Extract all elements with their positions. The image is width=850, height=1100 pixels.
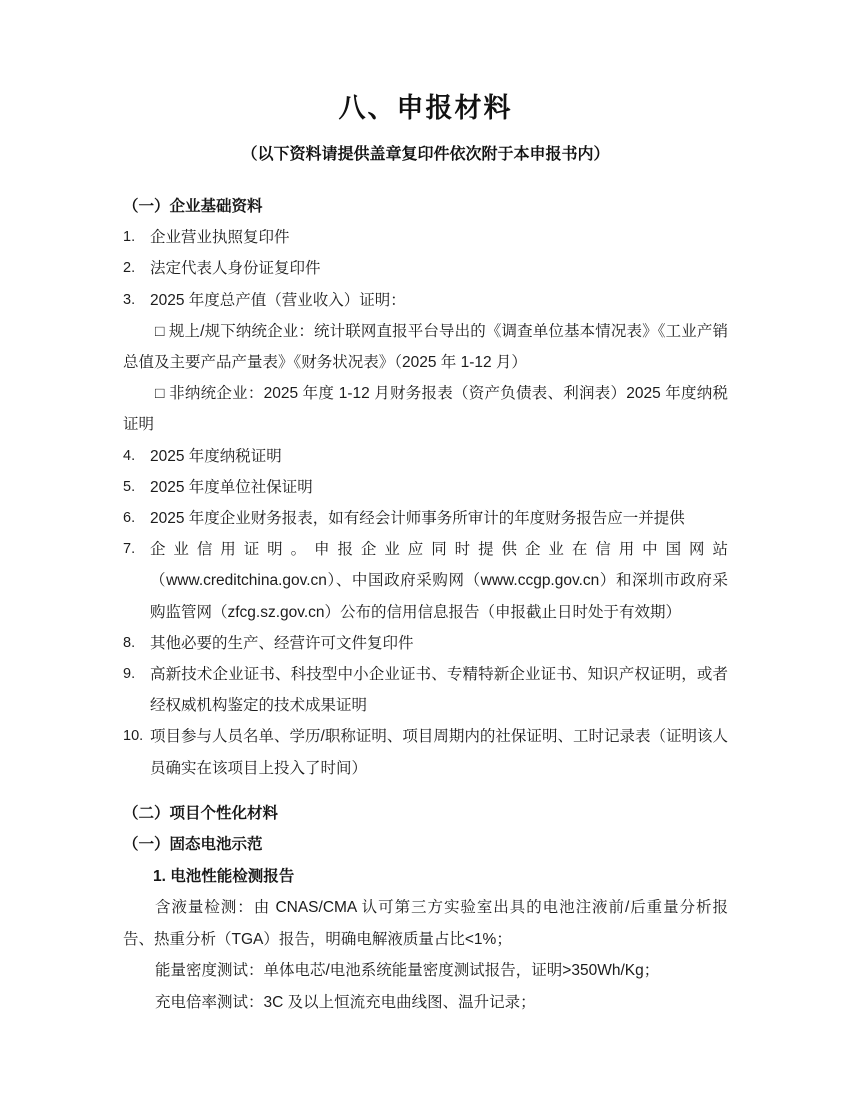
list-item: 6. 2025 年度企业财务报表，如有经会计师事务所审计的年度财务报告应一并提供 [123,503,728,534]
list-item-number: 5. [123,472,135,503]
list-item-text: 2025 年度纳税证明 [150,448,282,465]
list-item-text: 企业营业执照复印件 [150,229,290,246]
list-item: 5. 2025 年度单位社保证明 [123,472,728,503]
list-item-number: 4. [123,441,135,472]
list-item-text: 2025 年度单位社保证明 [150,479,313,496]
checkbox-option-nats: □ 规上/规下纳统企业：统计联网直报平台导出的《调查单位基本情况表》《工业产销总… [123,316,728,378]
page-subtitle: （以下资料请提供盖章复印件依次附于本申报书内） [123,139,728,171]
list-item-number: 3. [123,285,135,316]
list-item-number: 6. [123,503,135,534]
list-item: 2. 法定代表人身份证复印件 [123,253,728,284]
list-item: 4. 2025 年度纳税证明 [123,441,728,472]
list-item-number: 10. [123,721,143,752]
list-item: 10. 项目参与人员名单、学历/职称证明、项目周期内的社保证明、工时记录表（证明… [123,721,728,783]
checkbox-option-non-nats: □ 非纳统企业：2025 年度 1-12 月财务报表（资产负债表、利润表）202… [123,378,728,440]
list-item-number: 9. [123,659,135,690]
list-item-text: 法定代表人身份证复印件 [150,260,321,277]
list-item-number: 8. [123,628,135,659]
list-item-text: 2025 年度企业财务报表，如有经会计师事务所审计的年度财务报告应一并提供 [150,510,685,527]
list-item-text: 企业信用证明。申报企业应同时提供企业在信用中国网站（www.creditchin… [150,541,728,620]
list-item-number: 1. [123,222,135,253]
list-item-text: 2025 年度总产值（营业收入）证明： [150,292,406,309]
list-item-number: 7. [123,534,135,565]
section2-subheading: （一）固态电池示范 [123,829,728,861]
section2: （二）项目个性化材料 （一）固态电池示范 1. 电池性能检测报告 含液量检测：由… [123,798,728,1019]
liquid-content-test-paragraph: 含液量检测：由 CNAS/CMA 认可第三方实验室出具的电池注液前/后重量分析报… [123,892,728,955]
document-page: 八、申报材料 （以下资料请提供盖章复印件依次附于本申报书内） （一）企业基础资料… [0,0,850,1100]
materials-list: 1. 企业营业执照复印件 2. 法定代表人身份证复印件 3. 2025 年度总产… [123,222,728,784]
list-item: 7. 企业信用证明。申报企业应同时提供企业在信用中国网站（www.creditc… [123,534,728,628]
section1-heading: （一）企业基础资料 [123,191,728,222]
list-item-text: 项目参与人员名单、学历/职称证明、项目周期内的社保证明、工时记录表（证明该人员确… [150,728,728,776]
charge-rate-test-paragraph: 充电倍率测试：3C 及以上恒流充电曲线图、温升记录； [123,987,728,1019]
list-item-text: 高新技术企业证书、科技型中小企业证书、专精特新企业证书、知识产权证明，或者经权威… [150,666,728,714]
list-item: 9. 高新技术企业证书、科技型中小企业证书、专精特新企业证书、知识产权证明，或者… [123,659,728,721]
battery-report-heading: 1. 电池性能检测报告 [153,861,728,893]
list-item: 1. 企业营业执照复印件 [123,222,728,253]
list-item-text: 其他必要的生产、经营许可文件复印件 [150,635,414,652]
page-title: 八、申报材料 [123,92,728,124]
list-item: 3. 2025 年度总产值（营业收入）证明： [123,285,728,316]
section2-heading: （二）项目个性化材料 [123,798,728,830]
list-item: 8. 其他必要的生产、经营许可文件复印件 [123,628,728,659]
energy-density-test-paragraph: 能量密度测试：单体电芯/电池系统能量密度测试报告，证明>350Wh/Kg； [123,955,728,987]
list-item-number: 2. [123,253,135,284]
